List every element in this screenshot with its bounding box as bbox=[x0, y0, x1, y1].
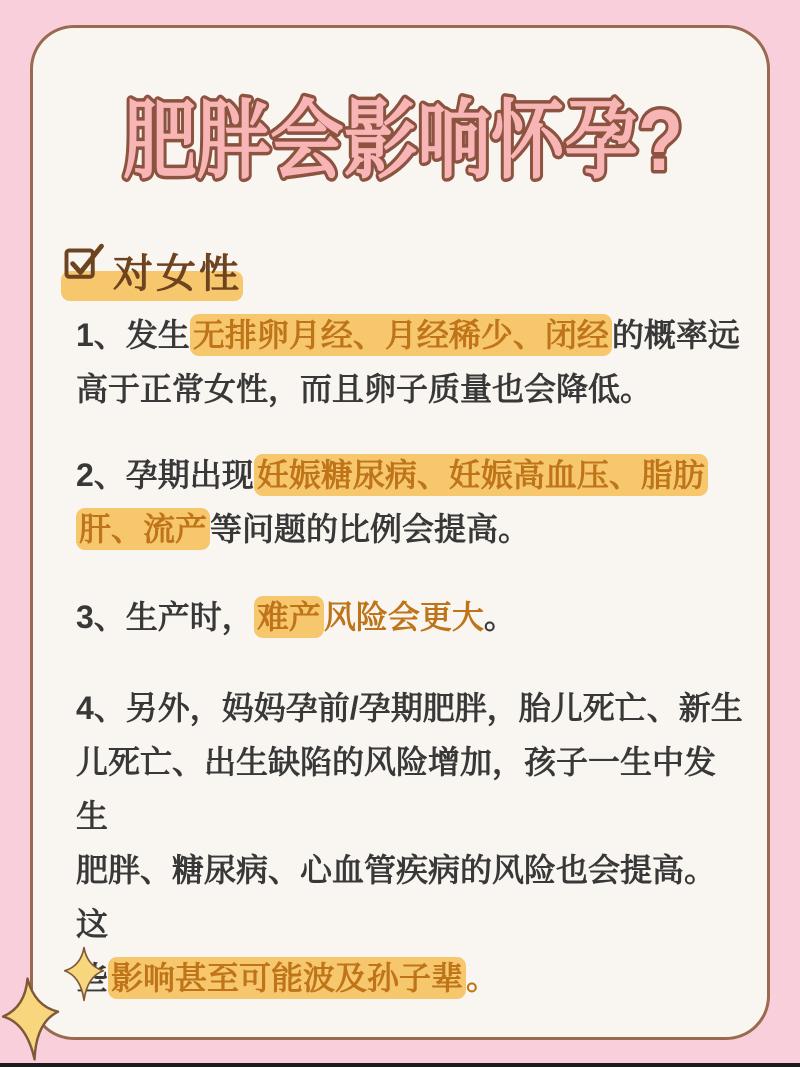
section-header-women: 对女性 bbox=[61, 238, 321, 304]
text-segment-normal: 等问题的比例会提高。 bbox=[210, 511, 530, 547]
section-heading: 对女性 bbox=[113, 242, 242, 299]
text-segment-highlight: 无排卵月经、月经稀少、闭经 bbox=[190, 314, 612, 356]
bottom-edge-bar bbox=[0, 1063, 800, 1067]
infographic-page: { "colors": { "page_bg": "#f9cfdb", "car… bbox=[0, 0, 800, 1067]
list-item-4: 4、另外，妈妈孕前/孕期肥胖，胎儿死亡、新生 儿死亡、出生缺陷的风险增加，孩子一… bbox=[76, 681, 744, 1005]
text-segment-normal: 3、生产时， bbox=[76, 599, 254, 635]
list-item-2: 2、孕期出现妊娠糖尿病、妊娠高血压、脂肪 肝、流产等问题的比例会提高。 bbox=[76, 448, 744, 556]
sparkle-icon-large bbox=[0, 974, 65, 1065]
list-item-3: 3、生产时，难产风险会更大。 bbox=[76, 590, 744, 644]
list-item-1: 1、发生无排卵月经、月经稀少、闭经的概率远 高于正常女性，而且卵子质量也会降低。 bbox=[76, 308, 744, 416]
page-title-text: 肥胖会影响怀孕? bbox=[123, 93, 683, 189]
text-segment-highlight: 难产 bbox=[254, 596, 324, 638]
text-segment-normal: 1、发生 bbox=[76, 317, 190, 353]
checked-checkbox-icon bbox=[63, 240, 105, 282]
info-card: 肥胖会影响怀孕? 对女性 1、发生无排卵月经、月经稀少、闭经的概率远 高于正常女… bbox=[30, 25, 770, 1040]
sparkle-icon-small bbox=[63, 946, 105, 1002]
page-title: 肥胖会影响怀孕? bbox=[33, 64, 773, 204]
text-segment-accent: 风险会更大 bbox=[324, 599, 484, 635]
text-segment-highlight: 影响甚至可能波及孙子辈 bbox=[108, 957, 466, 999]
text-segment-normal: 4、另外，妈妈孕前/孕期肥胖，胎儿死亡、新生 儿死亡、出生缺陷的风险增加，孩子一… bbox=[76, 690, 743, 996]
text-segment-accent: 。 bbox=[466, 960, 498, 996]
text-segment-normal: 2、孕期出现 bbox=[76, 457, 254, 493]
text-segment-normal: 。 bbox=[484, 599, 516, 635]
